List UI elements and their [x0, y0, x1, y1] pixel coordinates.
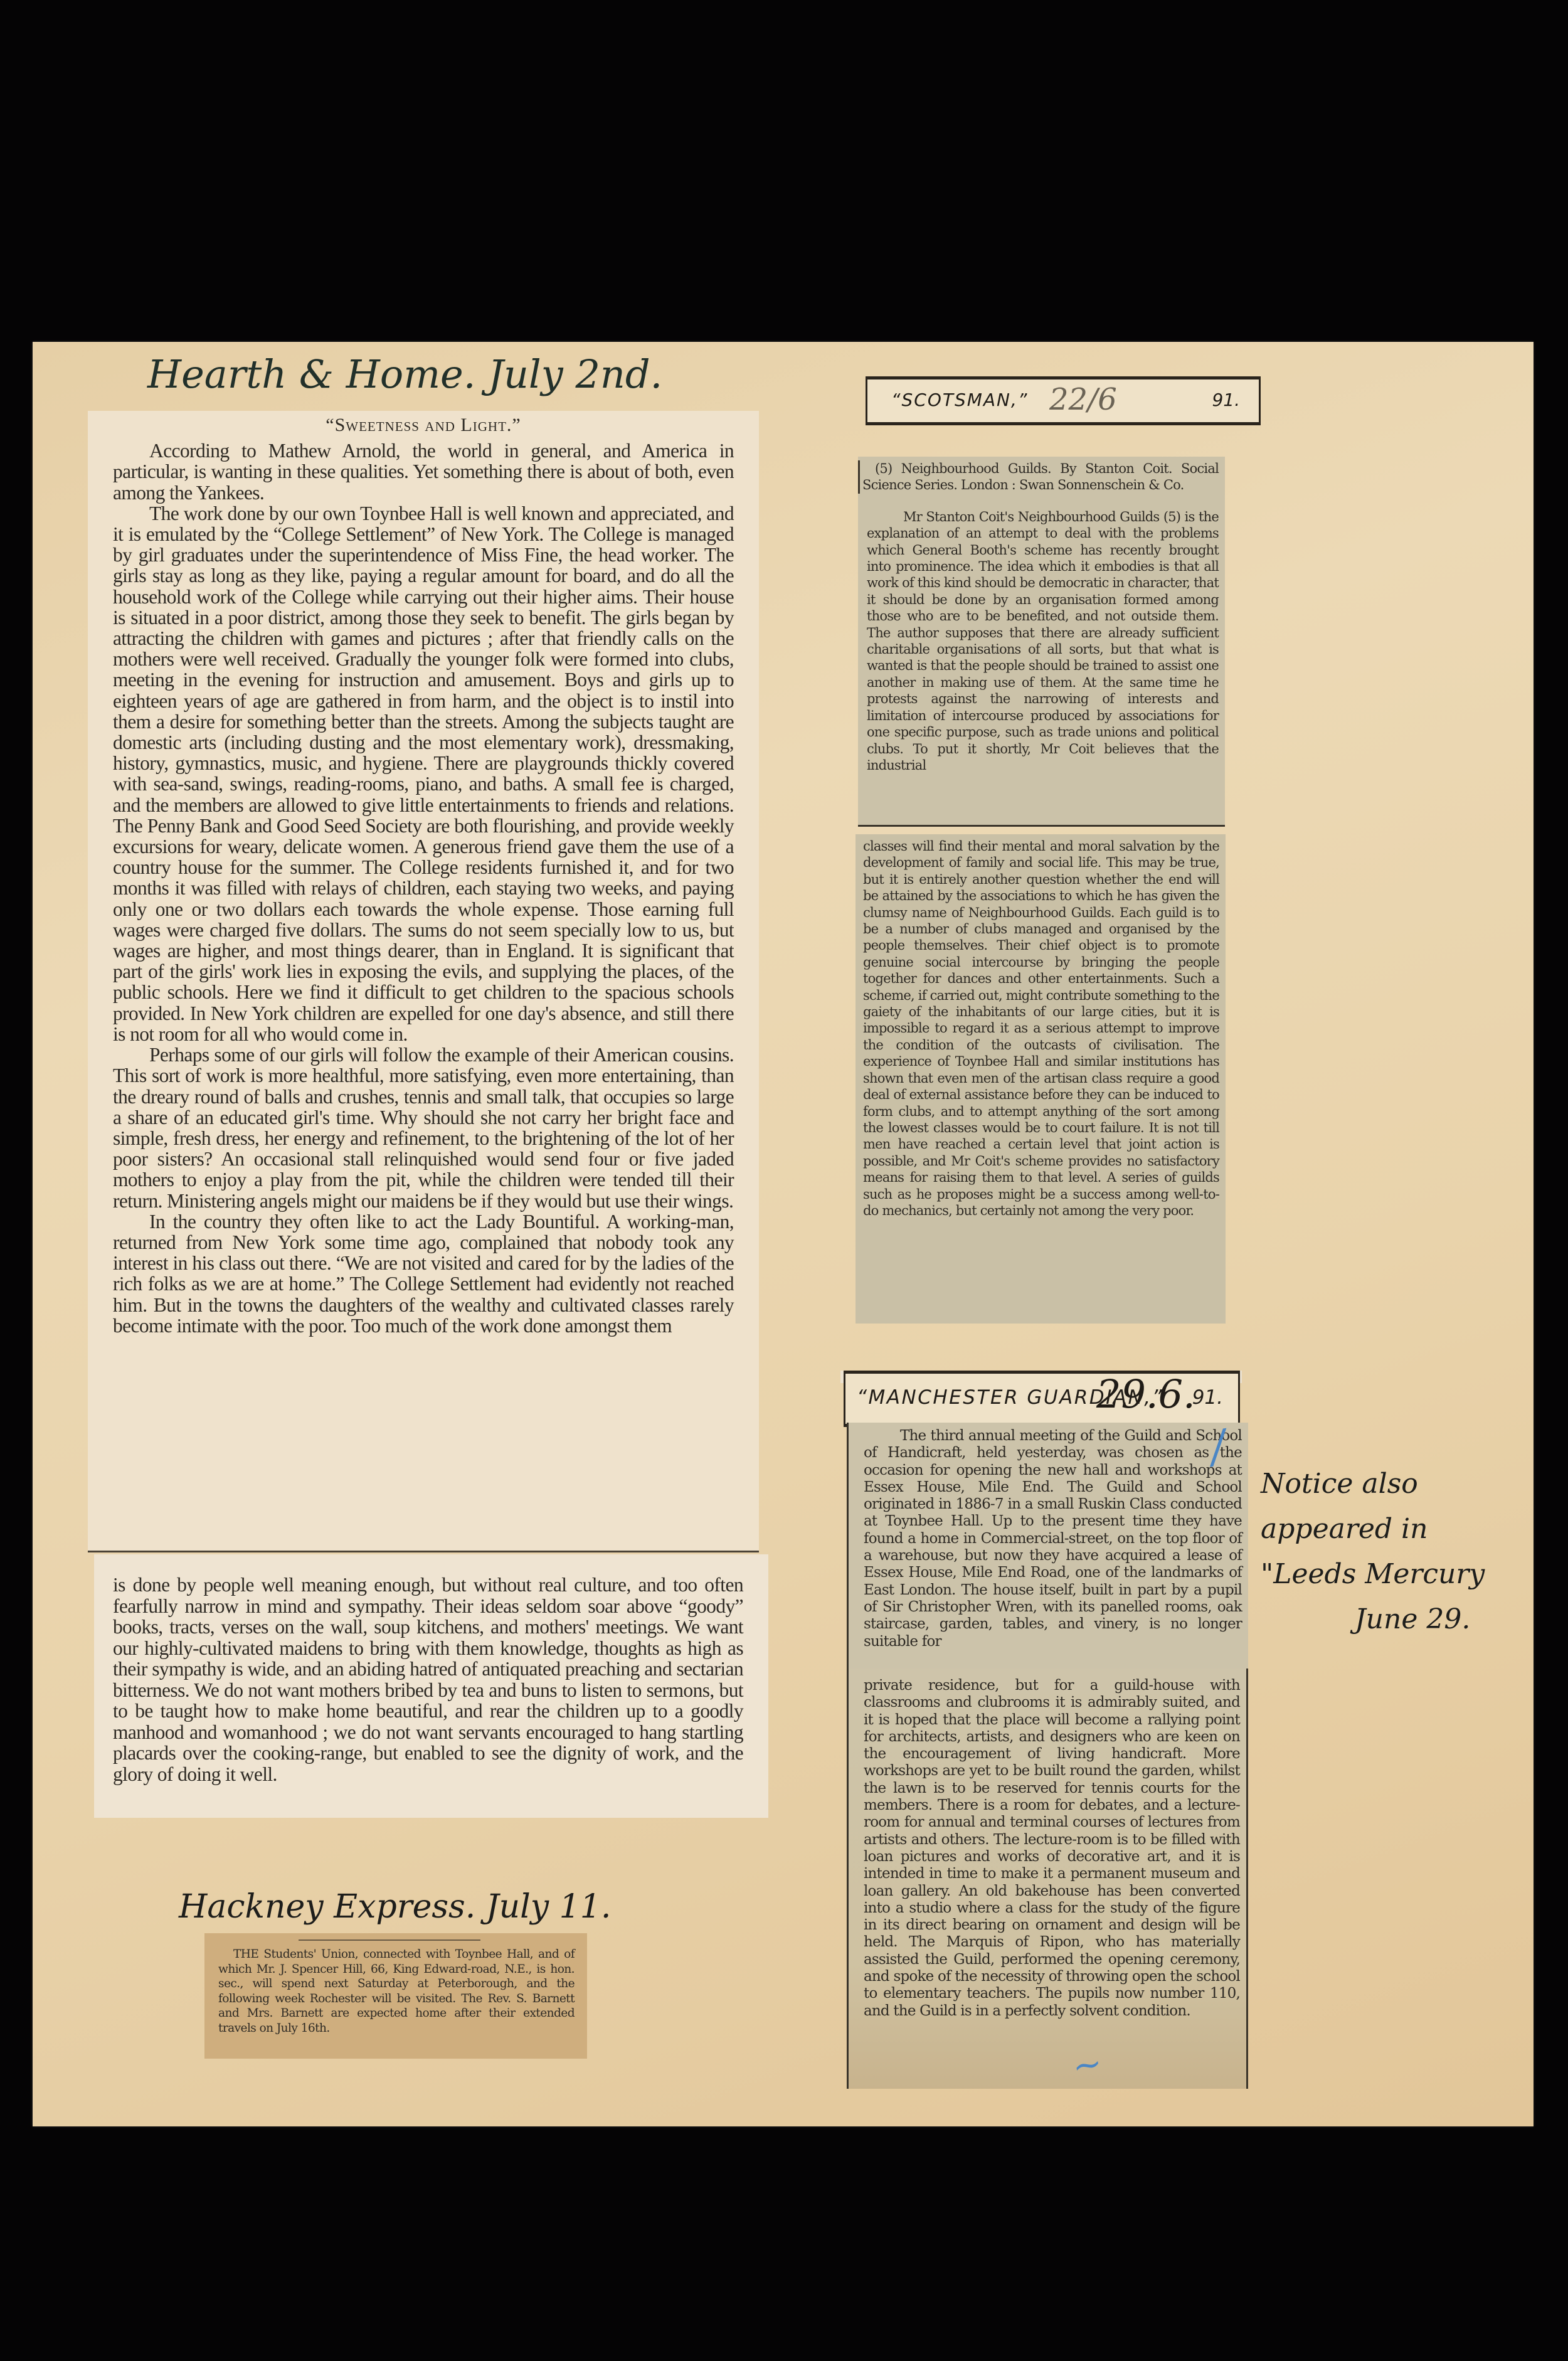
hackney-express-clipping: THE Students' Union, connected with Toyn…	[204, 1933, 587, 2059]
handwritten-date: 22/6	[1049, 382, 1117, 417]
note-line: June 29.	[1261, 1597, 1485, 1642]
note-line: Notice also	[1261, 1462, 1485, 1507]
divider-rule	[299, 1939, 480, 1941]
manchester-guardian-masthead: “MANCHESTER GUARDIAN,” 29.6. 91.	[844, 1371, 1240, 1427]
note-line: "Leeds Mercury	[1261, 1552, 1485, 1597]
note-line: appeared in	[1261, 1507, 1485, 1552]
paragraph: is done by people well meaning enough, b…	[113, 1574, 743, 1785]
handwritten-hackney-express-label: Hackney Express. July 11.	[179, 1888, 611, 1926]
paragraph: In the country they often like to act th…	[113, 1211, 734, 1336]
sweetness-and-light-clipping: “Sweetness and Light.” According to Math…	[88, 411, 759, 1552]
paragraph: private residence, but for a guild-house…	[864, 1677, 1240, 2020]
paragraph: classes will find their mental and moral…	[863, 838, 1219, 1219]
scotsman-masthead: “SCOTSMAN,” 22/6 91.	[866, 376, 1261, 425]
scotsman-review-clipping: (5) Neighbourhood Guilds. By Stanton Coi…	[858, 457, 1225, 827]
handwritten-leeds-note: Notice also appeared in "Leeds Mercury J…	[1261, 1462, 1485, 1642]
paragraph: The third annual meeting of the Guild an…	[864, 1428, 1242, 1650]
sweetness-and-light-continuation: is done by people well meaning enough, b…	[94, 1554, 768, 1818]
year: 91.	[1212, 390, 1240, 410]
newspaper-name: “SCOTSMAN,”	[891, 390, 1028, 410]
paragraph: Perhaps some of our girls will follow th…	[113, 1044, 734, 1211]
handwritten-date: 29.6.	[1096, 1371, 1195, 1417]
clipping-title: “Sweetness and Light.”	[113, 415, 734, 435]
scotsman-review-continuation: classes will find their mental and moral…	[856, 834, 1226, 1324]
paragraph: According to Mathew Arnold, the world in…	[113, 440, 734, 503]
year: 91.	[1192, 1386, 1223, 1409]
paragraph: The work done by our own Toynbee Hall is…	[113, 503, 734, 1044]
paragraph: THE Students' Union, connected with Toyn…	[218, 1947, 575, 2035]
manchester-guardian-continuation: private residence, but for a guild-house…	[847, 1669, 1248, 2089]
handwritten-hearth-home-label: Hearth & Home. July 2nd.	[147, 351, 662, 397]
book-entry: (5) Neighbourhood Guilds. By Stanton Coi…	[858, 460, 1219, 494]
paragraph: Mr Stanton Coit's Neighbourhood Guilds (…	[867, 509, 1219, 774]
manchester-guardian-clipping: The third annual meeting of the Guild an…	[847, 1423, 1248, 1674]
